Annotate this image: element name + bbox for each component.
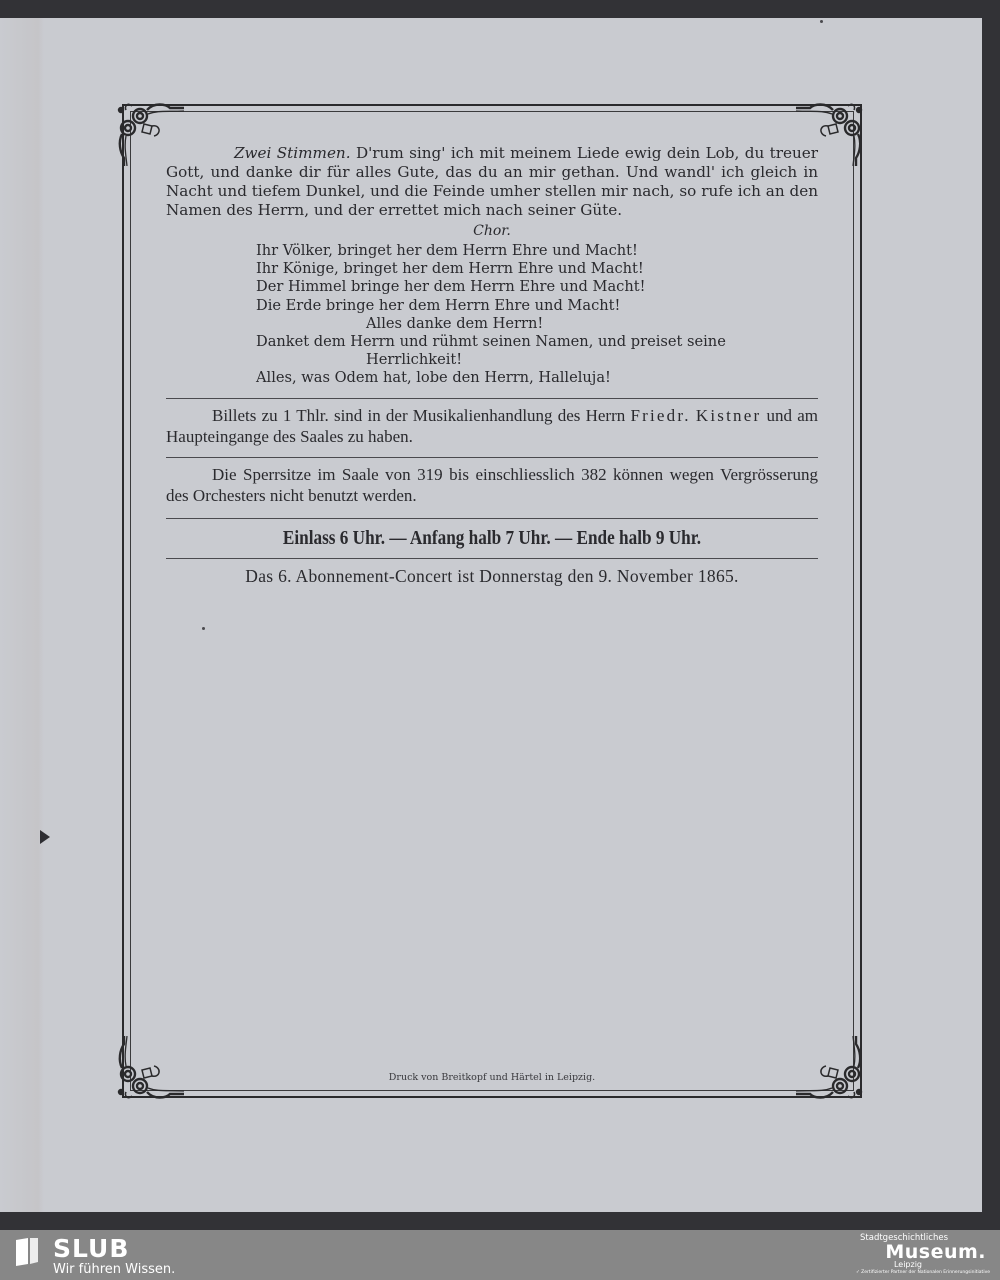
document-content: Zwei Stimmen. D'rum sing' ich mit meinem… (166, 144, 818, 587)
tickets-text: Billets zu 1 Thlr. sind in der Musikalie… (212, 406, 630, 425)
printer-imprint: Druck von Breitkopf und Härtel in Leipzi… (130, 1072, 854, 1083)
divider (166, 558, 818, 559)
chor-verse: Ihr Völker, bringet her dem Herrn Ehre u… (256, 242, 818, 388)
divider (166, 457, 818, 458)
corner-ornament-icon (114, 1036, 184, 1106)
slub-logo-title[interactable]: SLUB (53, 1234, 129, 1263)
verse-line: Die Erde bringe her dem Herrn Ehre und M… (256, 297, 818, 315)
tickets-notice: Billets zu 1 Thlr. sind in der Musikalie… (166, 405, 818, 447)
divider (166, 518, 818, 519)
museum-city: Leipzig (894, 1260, 922, 1269)
slub-tagline: Wir führen Wissen. (53, 1262, 175, 1277)
schedule-times: Einlass 6 Uhr. — Anfang halb 7 Uhr. — En… (212, 526, 773, 550)
speaker-label: Zwei Stimmen. (234, 144, 351, 162)
verse-line: Alles, was Odem hat, lobe den Herrn, Hal… (256, 369, 818, 387)
verse-line: Ihr Könige, bringet her dem Herrn Ehre u… (256, 260, 818, 278)
speck (202, 627, 205, 630)
book-icon (14, 1236, 40, 1266)
seats-notice: Die Sperrsitze im Saale von 319 bis eins… (166, 464, 818, 506)
museum-certification: ✓ Zertifizierter Partner der Nationalen … (856, 1270, 990, 1275)
next-concert-notice: Das 6. Abonnement-Concert ist Donnerstag… (166, 565, 818, 587)
verse-line: Danket dem Herrn und rühmt seinen Namen,… (256, 333, 818, 351)
intro-paragraph: Zwei Stimmen. D'rum sing' ich mit meinem… (166, 144, 818, 220)
verse-line: Alles danke dem Herrn! (256, 315, 818, 333)
footer-bar: SLUB Wir führen Wissen. Stadtgeschichtli… (0, 1230, 1000, 1280)
verse-line: Herrlichkeit! (256, 351, 818, 369)
chor-heading: Chor. (166, 222, 818, 240)
page-marker-icon (40, 830, 50, 844)
divider (166, 398, 818, 399)
seats-text: Die Sperrsitze im Saale von 319 bis eins… (166, 465, 818, 505)
speck (820, 20, 823, 23)
corner-ornament-icon (796, 1036, 866, 1106)
seller-first-name: Friedr. (630, 406, 690, 425)
verse-line: Ihr Völker, bringet her dem Herrn Ehre u… (256, 242, 818, 260)
seller-last-name: Kistner (696, 406, 761, 425)
verse-line: Der Himmel bringe her dem Herrn Ehre und… (256, 278, 818, 296)
